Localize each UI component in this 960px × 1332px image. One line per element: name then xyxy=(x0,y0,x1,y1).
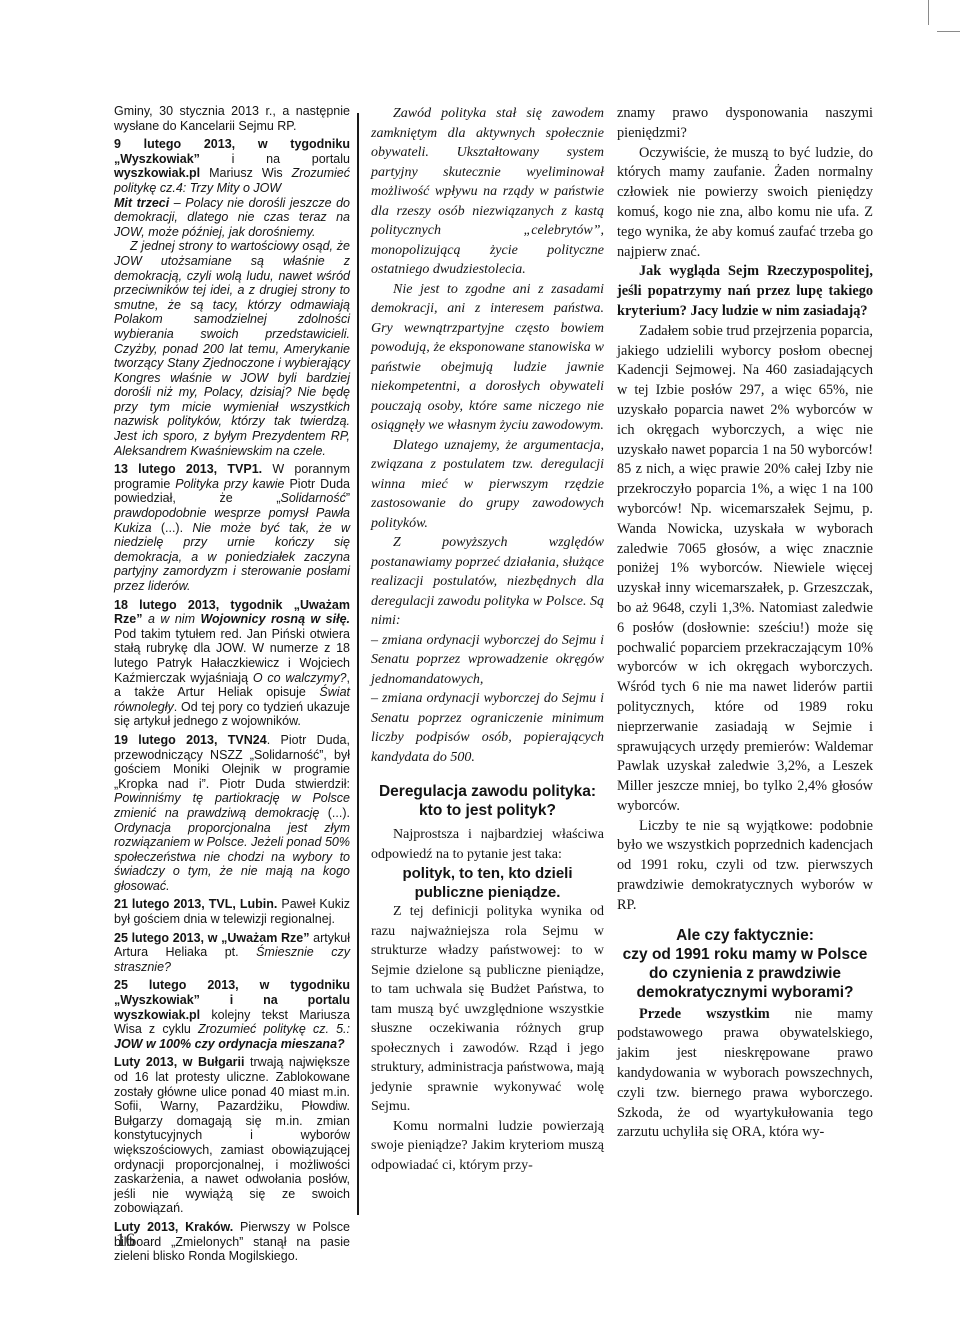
paragraph: Luty 2013, Kraków. Pierwszy w Polsce bil… xyxy=(114,1220,350,1264)
text-run: Polityka przy kawie xyxy=(175,477,284,491)
text-run: 13 lutego 2013, TVP1. xyxy=(114,462,262,476)
text-run: Zrozumieć politykę cz. 5.: xyxy=(198,1022,350,1036)
crop-mark-vertical xyxy=(928,0,929,25)
text-run: 21 lutego 2013, TVL, Lubin. xyxy=(114,897,277,911)
emphasis-line: polityk, to ten, kto dzieli publiczne pi… xyxy=(371,864,604,902)
text-run: polityk, to ten, kto dzieli publiczne pi… xyxy=(402,865,572,901)
paragraph: Z powyższych względów postanawiamy poprz… xyxy=(371,533,604,631)
text-run: – zmiana ordynacji wyborczej do Sejmu i … xyxy=(371,633,604,687)
paragraph: Oczywiście, że muszą to być ludzie, do k… xyxy=(617,144,873,263)
column-divider-rule xyxy=(357,113,359,1215)
paragraph: 9 lutego 2013, w tygodniku „Wyszkowiak” … xyxy=(114,137,350,195)
text-run: Deregulacja zawodu polityka: kto to jest… xyxy=(379,783,596,819)
section-heading: Ale czy faktycznie: czy od 1991 roku mam… xyxy=(617,926,873,1002)
paragraph: Z tej definicji polityka wynika od razu … xyxy=(371,902,604,1117)
page-number: 16 xyxy=(116,1230,135,1252)
text-run: Z tej definicji polityka wynika od razu … xyxy=(371,904,604,1114)
paragraph: 19 lutego 2013, TVN24. Piotr Duda, przew… xyxy=(114,733,350,894)
paragraph: 25 lutego 2013, w „Uważam Rze” artykuł A… xyxy=(114,931,350,975)
paragraph: Liczby te nie są wyjątkowe: podobnie był… xyxy=(617,817,873,916)
text-run: i na portalu xyxy=(200,152,350,166)
text-run: JOW w 100% czy ordynacja mieszana? xyxy=(114,1037,345,1051)
text-run: 25 lutego 2013, w „Uważam Rze” xyxy=(114,931,310,945)
paragraph: 21 lutego 2013, TVL, Lubin. Paweł Kukiz … xyxy=(114,897,350,926)
text-run: O co walczymy? xyxy=(253,671,347,685)
paragraph: Z jednej strony to wartościowy osąd, że … xyxy=(114,239,350,458)
text-run: Luty 2013, w Bułgarii xyxy=(114,1055,244,1069)
paragraph: Mit trzeci – Polacy nie dorośli jeszcze … xyxy=(114,196,350,240)
text-run: Mariusz Wis xyxy=(200,166,292,180)
text-run: Komu normalni ludzie powierzają swoje pi… xyxy=(371,1119,604,1173)
text-run: Nie jest to zgodne ani z zasadami demokr… xyxy=(371,282,604,434)
text-run: Z powyższych względów postanawiamy poprz… xyxy=(371,535,604,628)
text-run: Ordynacja proporcjonalna jest złym rozwi… xyxy=(114,821,350,893)
text-run: Ale czy faktycznie: czy od 1991 roku mam… xyxy=(623,927,868,1001)
text-run: Zawód polityka stał się zawodem zamknięt… xyxy=(371,106,604,277)
section-heading: Deregulacja zawodu polityka: kto to jest… xyxy=(371,782,604,820)
text-run: znamy prawo dysponowania naszymi pienięd… xyxy=(617,105,873,141)
paragraph: Nie jest to zgodne ani z zasadami demokr… xyxy=(371,280,604,436)
paragraph: 13 lutego 2013, TVP1. W porannym program… xyxy=(114,462,350,593)
text-run: – zmiana ordynacji wyborczej do Sejmu i … xyxy=(371,691,604,765)
text-run: wyszkowiak.pl xyxy=(114,166,200,180)
text-run: Mit trzeci xyxy=(114,196,169,210)
column-right-article: znamy prawo dysponowania naszymi pienięd… xyxy=(617,104,873,1143)
paragraph: 25 lutego 2013, w tygodniku „Wyszkowiak”… xyxy=(114,978,350,1051)
text-run: nie mamy podstawowego prawa obywatelskie… xyxy=(617,1006,873,1141)
text-run: trwają największe od 16 lat protesty uli… xyxy=(114,1055,350,1215)
text-run: Powinniśmy tę partiokrację w Polsce zmie… xyxy=(114,791,350,820)
text-run: Gminy, 30 stycznia 2013 r., a następnie … xyxy=(114,104,350,133)
text-run: Dlatego uznajemy, że argumentacja, związ… xyxy=(371,438,604,531)
text-run: Wojownicy rosną w siłę. xyxy=(200,612,350,626)
text-run: a w nim xyxy=(142,612,200,626)
text-run: Jak wygląda Sejm Rzeczypospolitej, jeśli… xyxy=(617,263,873,319)
text-run: ” xyxy=(346,491,350,505)
text-run: Oczywiście, że muszą to być ludzie, do k… xyxy=(617,145,873,260)
paragraph: Przede wszystkim nie mamy podstawowego p… xyxy=(617,1005,873,1144)
text-run: Z jednej strony to wartościowy osąd, że … xyxy=(114,239,350,457)
paragraph: 18 lutego 2013, tygodnik „Uważam Rze” a … xyxy=(114,598,350,729)
paragraph: znamy prawo dysponowania naszymi pienięd… xyxy=(617,104,873,144)
text-run: 19 lutego 2013, TVN24 xyxy=(114,733,267,747)
paragraph: – zmiana ordynacji wyborczej do Sejmu i … xyxy=(371,689,604,767)
paragraph: Zadałem sobie trud przejrzenia poparcia,… xyxy=(617,322,873,817)
paragraph: Luty 2013, w Bułgarii trwają największe … xyxy=(114,1055,350,1216)
paragraph: Jak wygląda Sejm Rzeczypospolitej, jeśli… xyxy=(617,262,873,321)
column-left-chronicle: Gminy, 30 stycznia 2013 r., a następnie … xyxy=(114,104,350,1264)
crop-mark-horizontal xyxy=(937,31,960,32)
text-run: Najprostsza i najbardziej właściwa odpow… xyxy=(371,827,604,862)
text-run: Zadałem sobie trud przejrzenia poparcia,… xyxy=(617,323,873,814)
paragraph: Dlatego uznajemy, że argumentacja, związ… xyxy=(371,436,604,534)
text-run: (...). xyxy=(319,806,350,820)
paragraph: Najprostsza i najbardziej właściwa odpow… xyxy=(371,825,604,864)
paragraph: Zawód polityka stał się zawodem zamknięt… xyxy=(371,104,604,280)
text-run: Solidarność xyxy=(281,491,346,505)
text-run: (...). xyxy=(152,521,193,535)
paragraph: – zmiana ordynacji wyborczej do Sejmu i … xyxy=(371,631,604,690)
magazine-page: Gminy, 30 stycznia 2013 r., a następnie … xyxy=(0,0,960,1332)
paragraph: Komu normalni ludzie powierzają swoje pi… xyxy=(371,1117,604,1176)
paragraph: Gminy, 30 stycznia 2013 r., a następnie … xyxy=(114,104,350,133)
text-run: Liczby te nie są wyjątkowe: podobnie był… xyxy=(617,818,873,913)
text-run: Przede wszystkim xyxy=(639,1006,770,1022)
column-middle-manifesto: Zawód polityka stał się zawodem zamknięt… xyxy=(371,104,604,1175)
